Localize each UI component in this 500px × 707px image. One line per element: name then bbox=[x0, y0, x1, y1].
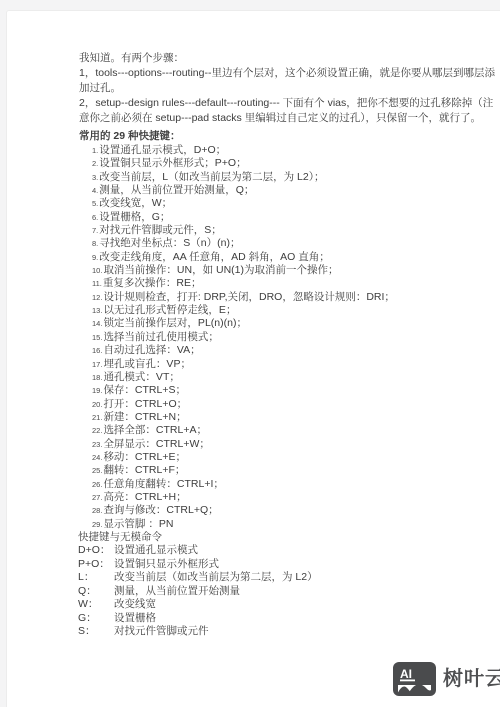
item-text: 移动：CTRL+E； bbox=[103, 451, 186, 463]
document-content: 我知道。有两个步骤：1，tools---options---routing--里… bbox=[7, 11, 500, 639]
shortcut-item: 7.对找元件管脚或元件，S； bbox=[92, 224, 500, 237]
shortcut-item: 26.任意角度翻转：CTRL+I； bbox=[92, 478, 500, 491]
key-desc: 测量，从当前位置开始测量 bbox=[114, 585, 240, 597]
ai-image-logo-icon: AI bbox=[393, 662, 436, 696]
item-text: 设计规则检查，打开: DRP,关闭，DRO，忽略设计规则：DRI； bbox=[103, 291, 394, 303]
svg-text:AI: AI bbox=[400, 667, 412, 681]
shortcut-item: 9.改变走线角度，AA 任意角，AD 斜角，AO 直角； bbox=[92, 251, 500, 264]
intro-paragraphs: 我知道。有两个步骤：1，tools---options---routing--里… bbox=[79, 11, 500, 126]
key-label: Q： bbox=[78, 585, 114, 599]
modeless-item: Q：测量，从当前位置开始测量 bbox=[78, 585, 500, 599]
item-number: 15. bbox=[92, 333, 102, 342]
item-text: 通孔模式：VT； bbox=[103, 371, 179, 383]
item-text: 设置铜只显示外框形式；P+O； bbox=[99, 157, 246, 169]
section-heading: 常用的 29 种快捷键： bbox=[79, 129, 500, 144]
shortcut-item: 22.选择全部：CTRL+A； bbox=[92, 424, 500, 437]
shortcut-item: 23.全屏显示：CTRL+W； bbox=[92, 438, 500, 451]
shortcut-item: 1.设置通孔显示模式，D+O； bbox=[92, 144, 500, 157]
item-number: 9. bbox=[92, 253, 98, 262]
shortcut-item: 3.改变当前层，L（如改当前层为第二层，为 L2）； bbox=[92, 171, 500, 184]
item-text: 选择当前过孔使用模式； bbox=[103, 331, 219, 343]
shortcut-item: 2.设置铜只显示外框形式；P+O； bbox=[92, 157, 500, 170]
item-number: 1. bbox=[92, 146, 98, 155]
watermark-brand: 树叶云 bbox=[443, 662, 500, 696]
key-desc: 设置铜只显示外框形式 bbox=[114, 558, 219, 570]
intro-line: 1，tools---options---routing--里边有个层对，这个必须… bbox=[79, 66, 500, 81]
document-page: 我知道。有两个步骤：1，tools---options---routing--里… bbox=[6, 10, 500, 707]
shortcut-item: 11.重复多次操作：RE； bbox=[92, 277, 500, 290]
shortcut-item: 16.自动过孔选择：VA； bbox=[92, 344, 500, 357]
item-number: 17. bbox=[92, 360, 102, 369]
modeless-item: P+O：设置铜只显示外框形式 bbox=[78, 558, 500, 572]
item-text: 选择全部：CTRL+A； bbox=[103, 424, 207, 436]
item-number: 5. bbox=[92, 199, 98, 208]
key-desc: 改变当前层（如改当前层为第二层，为 L2） bbox=[114, 571, 318, 583]
modeless-item: W：改变线宽 bbox=[78, 598, 500, 612]
key-label: P+O： bbox=[78, 558, 114, 572]
intro-line: 2，setup--design rules---default---routin… bbox=[79, 96, 500, 111]
key-label: G： bbox=[78, 612, 114, 626]
item-number: 16. bbox=[92, 346, 102, 355]
modeless-title: 快捷键与无模命令 bbox=[78, 531, 500, 545]
modeless-item: G：设置栅格 bbox=[78, 612, 500, 626]
item-number: 20. bbox=[92, 400, 102, 409]
item-text: 测量，从当前位置开始测量，Q； bbox=[99, 184, 254, 196]
modeless-item: L：改变当前层（如改当前层为第二层，为 L2） bbox=[78, 571, 500, 585]
shortcut-item: 14.锁定当前操作层对，PL(n)(n)； bbox=[92, 317, 500, 330]
item-text: 新建：CTRL+N； bbox=[103, 411, 186, 423]
item-number: 21. bbox=[92, 413, 102, 422]
item-text: 设置通孔显示模式，D+O； bbox=[99, 144, 226, 156]
item-text: 打开：CTRL+O； bbox=[103, 398, 187, 410]
item-number: 2. bbox=[92, 159, 98, 168]
key-label: S： bbox=[78, 625, 114, 639]
shortcut-item: 12.设计规则检查，打开: DRP,关闭，DRO，忽略设计规则：DRI； bbox=[92, 291, 500, 304]
modeless-list: D+O：设置通孔显示模式P+O：设置铜只显示外框形式L：改变当前层（如改当前层为… bbox=[78, 544, 500, 639]
item-number: 11. bbox=[92, 279, 102, 288]
item-text: 寻找绝对坐标点：S（n）(n)； bbox=[99, 237, 240, 249]
intro-line: 加过孔。 bbox=[79, 81, 500, 96]
item-text: 改变走线角度，AA 任意角，AD 斜角，AO 直角； bbox=[99, 251, 329, 263]
item-number: 25. bbox=[92, 466, 102, 475]
item-text: 改变线宽，W； bbox=[99, 197, 172, 209]
item-number: 27. bbox=[92, 493, 102, 502]
item-text: 全屏显示：CTRL+W； bbox=[103, 438, 209, 450]
shortcut-item: 5.改变线宽，W； bbox=[92, 197, 500, 210]
item-number: 24. bbox=[92, 453, 102, 462]
key-desc: 改变线宽 bbox=[114, 598, 156, 610]
item-text: 对找元件管脚或元件，S； bbox=[99, 224, 222, 236]
item-number: 22. bbox=[92, 426, 102, 435]
item-number: 14. bbox=[92, 319, 102, 328]
item-text: 取消当前操作：UN，如 UN(1)为取消前一个操作； bbox=[103, 264, 338, 276]
shortcut-item: 18.通孔模式：VT； bbox=[92, 371, 500, 384]
item-number: 18. bbox=[92, 373, 102, 382]
item-number: 3. bbox=[92, 173, 98, 182]
shortcut-item: 8.寻找绝对坐标点：S（n）(n)； bbox=[92, 237, 500, 250]
shortcut-list: 1.设置通孔显示模式，D+O；2.设置铜只显示外框形式；P+O；3.改变当前层，… bbox=[92, 144, 500, 531]
item-text: 重复多次操作：RE； bbox=[103, 277, 202, 289]
shortcut-item: 29.显示管脚 ：PN bbox=[92, 518, 500, 531]
item-text: 设置栅格，G； bbox=[99, 211, 170, 223]
intro-line: 意你之前必须在 setup---pad stacks 里编辑过自己定义的过孔），… bbox=[79, 111, 500, 126]
item-text: 翻转：CTRL+F； bbox=[103, 464, 185, 476]
item-number: 29. bbox=[92, 520, 102, 529]
shortcut-item: 6.设置栅格，G； bbox=[92, 211, 500, 224]
item-number: 10. bbox=[92, 266, 102, 275]
item-number: 26. bbox=[92, 480, 102, 489]
item-number: 19. bbox=[92, 386, 102, 395]
item-text: 埋孔或盲孔：VP； bbox=[103, 358, 191, 370]
item-text: 保存：CTRL+S； bbox=[103, 384, 186, 396]
shortcut-item: 4.测量，从当前位置开始测量，Q； bbox=[92, 184, 500, 197]
item-number: 28. bbox=[92, 506, 102, 515]
key-label: D+O： bbox=[78, 544, 114, 558]
item-text: 高亮：CTRL+H； bbox=[103, 491, 186, 503]
shortcut-item: 17.埋孔或盲孔：VP； bbox=[92, 358, 500, 371]
item-number: 8. bbox=[92, 239, 98, 248]
shortcut-item: 24.移动：CTRL+E； bbox=[92, 451, 500, 464]
modeless-item: S：对找元件管脚或元件 bbox=[78, 625, 500, 639]
item-text: 查询与修改：CTRL+Q； bbox=[103, 504, 218, 516]
key-desc: 设置栅格 bbox=[114, 612, 156, 624]
item-text: 锁定当前操作层对，PL(n)(n)； bbox=[103, 317, 247, 329]
shortcut-item: 28.查询与修改：CTRL+Q； bbox=[92, 504, 500, 517]
item-number: 13. bbox=[92, 306, 102, 315]
item-number: 7. bbox=[92, 226, 98, 235]
intro-line: 我知道。有两个步骤： bbox=[79, 51, 500, 66]
item-text: 显示管脚 ：PN bbox=[103, 518, 173, 530]
key-desc: 设置通孔显示模式 bbox=[114, 544, 198, 556]
shortcut-item: 25.翻转：CTRL+F； bbox=[92, 464, 500, 477]
item-text: 任意角度翻转：CTRL+I； bbox=[103, 478, 223, 490]
shortcut-item: 15.选择当前过孔使用模式； bbox=[92, 331, 500, 344]
shortcut-item: 13.以无过孔形式暂停走线，E； bbox=[92, 304, 500, 317]
shortcut-item: 19.保存：CTRL+S； bbox=[92, 384, 500, 397]
item-text: 改变当前层，L（如改当前层为第二层，为 L2）； bbox=[99, 171, 324, 183]
shortcut-item: 21.新建：CTRL+N； bbox=[92, 411, 500, 424]
key-label: W： bbox=[78, 598, 114, 612]
key-desc: 对找元件管脚或元件 bbox=[114, 625, 209, 637]
key-label: L： bbox=[78, 571, 114, 585]
item-number: 4. bbox=[92, 186, 98, 195]
item-number: 23. bbox=[92, 440, 102, 449]
shortcut-item: 27.高亮：CTRL+H； bbox=[92, 491, 500, 504]
watermark: AI 树叶云 bbox=[393, 662, 500, 696]
item-text: 以无过孔形式暂停走线，E； bbox=[103, 304, 236, 316]
item-number: 6. bbox=[92, 213, 98, 222]
shortcut-item: 10.取消当前操作：UN，如 UN(1)为取消前一个操作； bbox=[92, 264, 500, 277]
modeless-item: D+O：设置通孔显示模式 bbox=[78, 544, 500, 558]
item-number: 12. bbox=[92, 293, 102, 302]
shortcut-item: 20.打开：CTRL+O； bbox=[92, 398, 500, 411]
item-text: 自动过孔选择：VA； bbox=[103, 344, 200, 356]
